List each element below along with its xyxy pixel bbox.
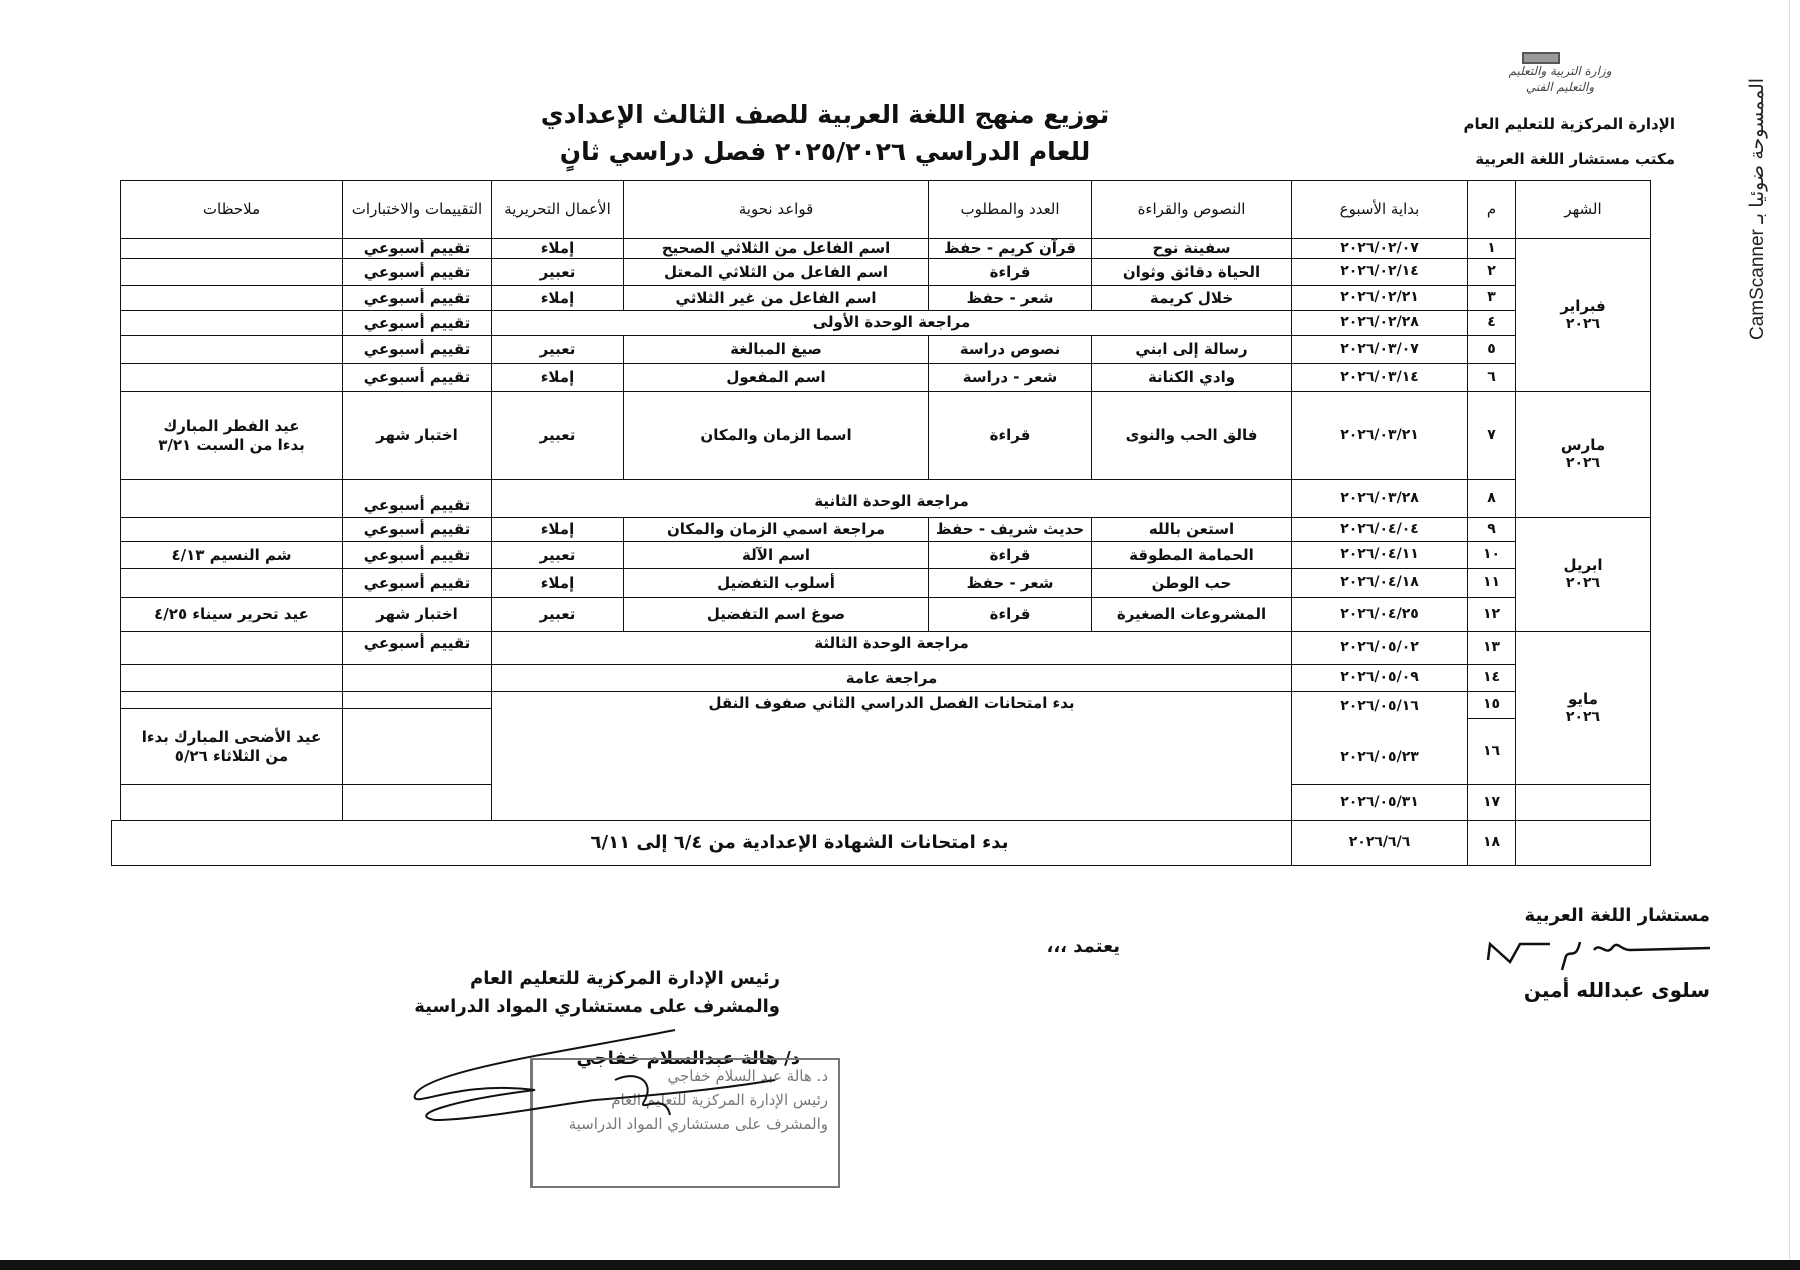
row-10-notes: شم النسيم ٤/١٣: [120, 541, 343, 569]
row-10-assess: تقييم أسبوعي: [342, 541, 492, 569]
row-12-grammar: صوغ اسم التفضيل: [623, 597, 929, 632]
row-3-text: خلال كريمة: [1091, 285, 1292, 311]
row-9-grammar: مراجعة اسمي الزمان والمكان: [623, 517, 929, 542]
row-7-num: ٧: [1467, 391, 1516, 480]
row-12-text: المشروعات الصغيرة: [1091, 597, 1292, 632]
row-5-req: نصوص دراسة: [928, 335, 1092, 364]
header-grammar: قواعد نحوية: [623, 180, 929, 239]
row-1-assess: تقييم أسبوعي: [342, 238, 492, 259]
page-bottom-edge: [0, 1260, 1800, 1270]
row-3-assess: تقييم أسبوعي: [342, 285, 492, 311]
row-12-date: ٢٠٢٦/٠٤/٢٥: [1291, 597, 1468, 632]
eid-adha-note: عيد الأضحى المبارك بدءا من الثلاثاء ٥/٢٦: [120, 708, 343, 785]
row-12-assess: اختبار شهر: [342, 597, 492, 632]
month-year: ٢٠٢٦: [1566, 709, 1600, 727]
row-10-text: الحمامة المطوقة: [1091, 541, 1292, 569]
row-7-req: قراءة: [928, 391, 1092, 480]
month-name: مارس: [1561, 436, 1605, 455]
row-4-date: ٢٠٢٦/٠٢/٢٨: [1291, 310, 1468, 336]
head-title-line-2: والمشرف على مستشاري المواد الدراسية: [414, 996, 780, 1017]
row-3-req: شعر - حفظ: [928, 285, 1092, 311]
row-7-date: ٢٠٢٦/٠٣/٢١: [1291, 391, 1468, 480]
header-texts-reading: النصوص والقراءة: [1091, 180, 1292, 239]
row-2-num: ٢: [1467, 258, 1516, 286]
row-15-date: ٢٠٢٦/٠٥/١٦: [1340, 698, 1419, 716]
month-name: فبراير: [1560, 297, 1605, 316]
row-8-date: ٢٠٢٦/٠٣/٢٨: [1291, 479, 1468, 518]
row-4-assess: تقييم أسبوعي: [342, 310, 492, 336]
row-13-review: مراجعة الوحدة الثالثة: [491, 631, 1292, 665]
month-year: ٢٠٢٦: [1566, 316, 1600, 334]
row-18-date: ٢٠٢٦/٦/٦: [1291, 820, 1468, 866]
row-16-date: ٢٠٢٦/٠٥/٢٣: [1340, 749, 1419, 767]
row-6-req: شعر - دراسة: [928, 363, 1092, 392]
row-14-assess: [342, 664, 492, 692]
row-13-assess: تقييم أسبوعي: [342, 631, 492, 665]
row-2-writing: تعبير: [491, 258, 624, 286]
month-april: ابريل ٢٠٢٦: [1515, 517, 1651, 632]
row-10-req: قراءة: [928, 541, 1092, 569]
month-year: ٢٠٢٦: [1566, 455, 1600, 473]
row-11-grammar: أسلوب التفضيل: [623, 568, 929, 598]
row-5-num: ٥: [1467, 335, 1516, 364]
header-count-required: العدد والمطلوب: [928, 180, 1092, 239]
row-14-num: ١٤: [1467, 664, 1516, 692]
row-6-num: ٦: [1467, 363, 1516, 392]
row-5-writing: تعبير: [491, 335, 624, 364]
row-10-grammar: اسم الآلة: [623, 541, 929, 569]
row-2-grammar: اسم الفاعل من الثلاثي المعتل: [623, 258, 929, 286]
row-4-review: مراجعة الوحدة الأولى: [491, 310, 1292, 336]
row-6-date: ٢٠٢٦/٠٣/١٤: [1291, 363, 1468, 392]
row-11-num: ١١: [1467, 568, 1516, 598]
row-10-date: ٢٠٢٦/٠٤/١١: [1291, 541, 1468, 569]
row-9-req: حديث شريف - حفظ: [928, 517, 1092, 542]
row-14-notes: [120, 664, 343, 692]
row-8-num: ٨: [1467, 479, 1516, 518]
row-2-notes: [120, 258, 343, 286]
header-writing: الأعمال التحريرية: [491, 180, 624, 239]
row-13-date: ٢٠٢٦/٠٥/٠٢: [1291, 631, 1468, 665]
row-3-num: ٣: [1467, 285, 1516, 311]
row-16-assess: [342, 708, 492, 785]
header-notes: ملاحظات: [120, 180, 343, 239]
row-15-16-date-block: ٢٠٢٦/٠٥/١٦ ٢٠٢٦/٠٥/٢٣: [1291, 691, 1468, 785]
row-11-writing: إملاء: [491, 568, 624, 598]
row-6-notes: [120, 363, 343, 392]
row-9-text: استعن بالله: [1091, 517, 1292, 542]
row-5-date: ٢٠٢٦/٠٣/٠٧: [1291, 335, 1468, 364]
row-2-assess: تقييم أسبوعي: [342, 258, 492, 286]
row-6-text: وادي الكنانة: [1091, 363, 1292, 392]
row-9-num: ٩: [1467, 517, 1516, 542]
row-3-writing: إملاء: [491, 285, 624, 311]
row-12-writing: تعبير: [491, 597, 624, 632]
advisor-signature: [1480, 930, 1720, 980]
row-10-num: ١٠: [1467, 541, 1516, 569]
row-1-grammar: اسم الفاعل من الثلاثي الصحيح: [623, 238, 929, 259]
row-1-text: سفينة نوح: [1091, 238, 1292, 259]
row-15-num: ١٥: [1467, 691, 1516, 719]
row-9-assess: تقييم أسبوعي: [342, 517, 492, 542]
month-march: مارس ٢٠٢٦: [1515, 391, 1651, 518]
row-9-date: ٢٠٢٦/٠٤/٠٤: [1291, 517, 1468, 542]
row-5-grammar: صيغ المبالغة: [623, 335, 929, 364]
row-11-assess: تقييم أسبوعي: [342, 568, 492, 598]
row-6-assess: تقييم أسبوعي: [342, 363, 492, 392]
row-12-notes: عيد تحرير سيناء ٤/٢٥: [120, 597, 343, 632]
row-9-writing: إملاء: [491, 517, 624, 542]
cert-exams: بدء امتحانات الشهادة الإعدادية من ٦/٤ إل…: [111, 820, 1292, 866]
head-signature: [395, 1020, 815, 1140]
month-february: فبراير ٢٠٢٦: [1515, 238, 1651, 392]
header-num: م: [1467, 180, 1516, 239]
row-7-text: فالق الحب والنوى: [1091, 391, 1292, 480]
row-7-assess: اختبار شهر: [342, 391, 492, 480]
header-month: الشهر: [1515, 180, 1651, 239]
row-12-num: ١٢: [1467, 597, 1516, 632]
row-2-date: ٢٠٢٦/٠٢/١٤: [1291, 258, 1468, 286]
row-10-writing: تعبير: [491, 541, 624, 569]
row-14-date: ٢٠٢٦/٠٥/٠٩: [1291, 664, 1468, 692]
row-7-grammar: اسما الزمان والمكان: [623, 391, 929, 480]
row-13-notes: [120, 631, 343, 665]
row-17-notes: [120, 784, 343, 821]
row-17-num: ١٧: [1467, 784, 1516, 821]
row-12-req: قراءة: [928, 597, 1092, 632]
row-3-grammar: اسم الفاعل من غير الثلاثي: [623, 285, 929, 311]
month-empty-17: [1515, 784, 1651, 821]
head-title-line-1: رئيس الإدارة المركزية للتعليم العام: [470, 968, 780, 989]
month-name: مايو: [1568, 690, 1598, 709]
row-8-assess: تقييم أسبوعي: [342, 479, 492, 518]
header-week-start: بداية الأسبوع: [1291, 180, 1468, 239]
row-1-writing: إملاء: [491, 238, 624, 259]
row-11-req: شعر - حفظ: [928, 568, 1092, 598]
advisor-name: سلوى عبدالله أمين: [1524, 978, 1710, 1002]
row-2-req: قراءة: [928, 258, 1092, 286]
row-1-notes: [120, 238, 343, 259]
month-name: ابريل: [1563, 556, 1602, 575]
row-3-notes: [120, 285, 343, 311]
row-2-text: الحياة دقائق وثوان: [1091, 258, 1292, 286]
row-6-writing: إملاء: [491, 363, 624, 392]
row-11-notes: [120, 568, 343, 598]
row-13-num: ١٣: [1467, 631, 1516, 665]
row-8-review: مراجعة الوحدة الثانية: [491, 479, 1292, 518]
row-1-date: ٢٠٢٦/٠٢/٠٧: [1291, 238, 1468, 259]
row-7-notes: عيد الفطر المبارك بدءا من السبت ٣/٢١: [120, 391, 343, 480]
row-5-assess: تقييم أسبوعي: [342, 335, 492, 364]
row-15-assess: [342, 691, 492, 709]
row-11-date: ٢٠٢٦/٠٤/١٨: [1291, 568, 1468, 598]
row-5-text: رسالة إلى ابني: [1091, 335, 1292, 364]
row-6-grammar: اسم المفعول: [623, 363, 929, 392]
approved-label: يعتمد ،،،: [1046, 936, 1120, 957]
row-14-review: مراجعة عامة: [491, 664, 1292, 692]
curriculum-table: الشهر م بداية الأسبوع النصوص والقراءة ال…: [0, 0, 1800, 1270]
row-9-notes: [120, 517, 343, 542]
row-1-req: قرآن كريم - حفظ: [928, 238, 1092, 259]
row-17-assess: [342, 784, 492, 821]
row-5-notes: [120, 335, 343, 364]
row-4-notes: [120, 310, 343, 336]
month-empty-18: [1515, 820, 1651, 866]
advisor-title: مستشار اللغة العربية: [1525, 905, 1710, 926]
header-assessments: التقييمات والاختبارات: [342, 180, 492, 239]
row-1-num: ١: [1467, 238, 1516, 259]
row-4-num: ٤: [1467, 310, 1516, 336]
row-17-date: ٢٠٢٦/٠٥/٣١: [1291, 784, 1468, 821]
row-18-num: ١٨: [1467, 820, 1516, 866]
row-8-notes: [120, 479, 343, 518]
exam-block: بدء امتحانات الفصل الدراسي الثاني صفوف ا…: [491, 691, 1292, 821]
row-16-num: ١٦: [1467, 718, 1516, 785]
row-7-writing: تعبير: [491, 391, 624, 480]
row-3-date: ٢٠٢٦/٠٢/٢١: [1291, 285, 1468, 311]
month-year: ٢٠٢٦: [1566, 575, 1600, 593]
row-15-notes: [120, 691, 343, 709]
month-may: مايو ٢٠٢٦: [1515, 631, 1651, 785]
row-11-text: حب الوطن: [1091, 568, 1292, 598]
